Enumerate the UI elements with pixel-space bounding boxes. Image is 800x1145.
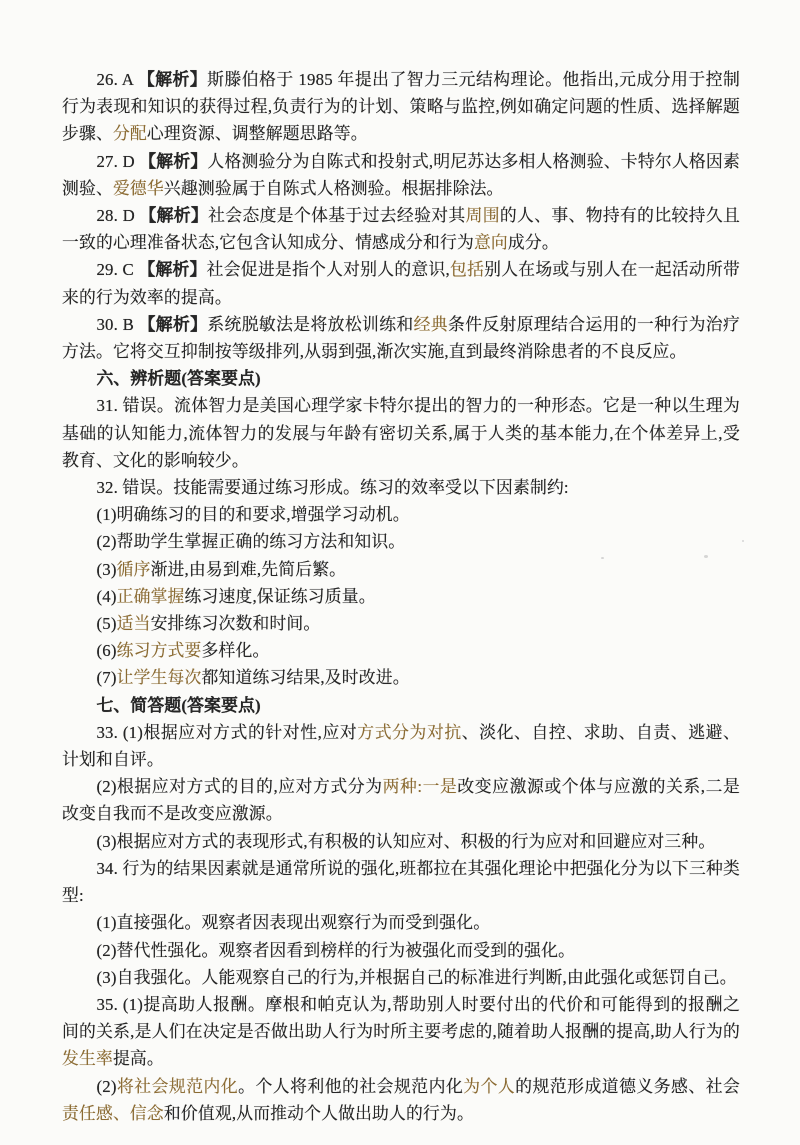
paragraph: (2)帮助学生掌握正确的练习方法和知识。 [62,528,740,555]
paragraph: (3)根据应对方式的表现形式,有积极的认知应对、积极的行为应对和回避应对三种。 [62,828,740,855]
scanned-document-page: 26. A 【解析】斯滕伯格于 1985 年提出了智力三元结构理论。他指出,元成… [0,0,800,1145]
paragraph: 35. (1)提高助人报酬。摩根和帕克认为,帮助别人时要付出的代价和可能得到的报… [62,991,740,1073]
paragraph: (4)正确掌握练习速度,保证练习质量。 [62,583,740,610]
paragraph: 26. A 【解析】斯滕伯格于 1985 年提出了智力三元结构理论。他指出,元成… [62,66,740,148]
paragraph: 29. C 【解析】社会促进是指个人对别人的意识,包括别人在场或与别人在一起活动… [62,256,740,310]
paragraph: (1)明确练习的目的和要求,增强学习动机。 [62,501,740,528]
paragraph: (7)让学生每次都知道练习结果,及时改进。 [62,664,740,691]
scan-speck [742,540,744,542]
paragraph: (2)将社会规范内化。个人将利他的社会规范内化为个人的规范形成道德义务感、社会责… [62,1073,740,1127]
paragraph: (2)根据应对方式的目的,应对方式分为两种:一是改变应激源或个体与应激的关系,二… [62,773,740,827]
paragraph: 30. B 【解析】系统脱敏法是将放松训练和经典条件反射原理结合运用的一种行为治… [62,311,740,365]
paragraph: (1)直接强化。观察者因表现出观察行为而受到强化。 [62,909,740,936]
scan-speck [601,557,604,559]
paragraph: (3)自我强化。人能观察自己的行为,并根据自己的标准进行判断,由此强化或惩罚自己… [62,964,740,991]
document-body: 26. A 【解析】斯滕伯格于 1985 年提出了智力三元结构理论。他指出,元成… [62,66,740,1127]
paragraph: 32. 错误。技能需要通过练习形成。练习的效率受以下因素制约: [62,474,740,501]
paragraph: (2)替代性强化。观察者因看到榜样的行为被强化而受到的强化。 [62,937,740,964]
paragraph: (3)循序渐进,由易到难,先简后繁。 [62,556,740,583]
paragraph: 28. D 【解析】社会态度是个体基于过去经验对其周围的人、事、物持有的比较持久… [62,202,740,256]
paragraph: 33. (1)根据应对方式的针对性,应对方式分为对抗、淡化、自控、求助、自责、逃… [62,719,740,773]
scan-speck [704,555,708,558]
paragraph: 31. 错误。流体智力是美国心理学家卡特尔提出的智力的一种形态。它是一种以生理为… [62,392,740,474]
section-heading: 七、简答题(答案要点) [62,692,740,719]
paragraph: 27. D 【解析】人格测验分为自陈式和投射式,明尼苏达多相人格测验、卡特尔人格… [62,148,740,202]
paragraph: (5)适当安排练习次数和时间。 [62,610,740,637]
paragraph: (6)练习方式要多样化。 [62,637,740,664]
paragraph: 34. 行为的结果因素就是通常所说的强化,班都拉在其强化理论中把强化分为以下三种… [62,855,740,909]
section-heading: 六、辨析题(答案要点) [62,365,740,392]
